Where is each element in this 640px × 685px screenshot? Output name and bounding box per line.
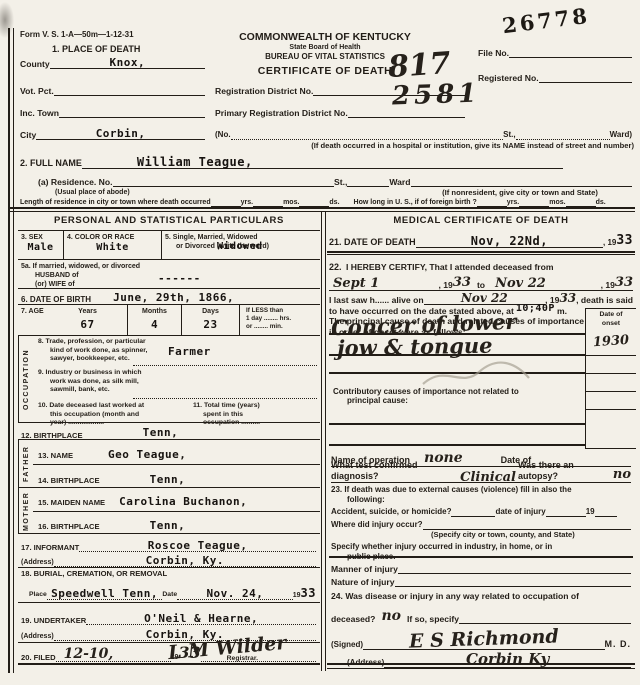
filed-label: 20. FILED (21, 653, 56, 663)
burial-place-underline: Speedwell Tenn, (47, 587, 163, 600)
industry-label-3: sawmill, bank, etc. (38, 386, 317, 395)
md-label: M. D. (605, 639, 632, 650)
cause-rule-2 (329, 354, 585, 356)
less-label-3: or ........ min. (246, 323, 283, 331)
birthplace-value: Tenn, (143, 426, 179, 439)
nature-row: Nature of injury (331, 575, 631, 587)
mother-group: MOTHER 15. MAIDEN NAME Carolina Buchanon… (18, 487, 320, 534)
length-label: Length of residence in city or town wher… (20, 198, 211, 207)
burial-year-value: 33 (301, 586, 316, 600)
manner-label: Manner of injury (331, 564, 398, 575)
registered-no-label: Registered No. (478, 73, 539, 84)
residence-state-underline (411, 186, 632, 187)
injury-year-blank (595, 516, 617, 517)
attended-comma-19b: , 19 (601, 280, 615, 291)
attended-from-blank: Sept 1 (329, 276, 439, 290)
registered-no-underline (539, 82, 632, 83)
vot-pct-label: Vot. Pct. (20, 86, 54, 97)
residence-st-label: St., (334, 177, 347, 188)
onset-rule-1 (586, 355, 636, 356)
sex-label: 3. SEX (18, 233, 43, 242)
header-rule-heavy (8, 207, 635, 209)
last-saw-line: I last saw h...... alive on Nov 22 , 19 … (329, 291, 633, 305)
street-underline (231, 139, 504, 140)
bottom-rule-1 (327, 663, 635, 665)
deceased-row: deceased? no If so, specify (331, 609, 631, 624)
certificate-number-stamp: 26778 (501, 3, 591, 39)
cause-rule-1 (329, 333, 585, 335)
attended-to-value: Nov 22 (495, 276, 546, 291)
vot-pct-underline (54, 95, 205, 96)
burial-date-underline: Nov. 24, (177, 587, 293, 600)
last-saw-label: I last saw h...... alive on (329, 295, 424, 306)
occupation-fields: 8. Trade, profession, or particular kind… (33, 336, 320, 423)
length-residence-row: Length of residence in city or town wher… (20, 197, 632, 207)
mother-bp-label: 16. BIRTHPLACE (38, 522, 100, 532)
primary-reg-underline (348, 117, 465, 118)
attended-from-value: Sept 1 (333, 276, 379, 291)
physician-address-row: (Address) Corbin Ky (331, 651, 631, 668)
age-years-cell: 7. AGE Years 67 (18, 305, 128, 336)
street-ward-row: (No. St., Ward) (215, 127, 632, 140)
full-name-value: William Teague, (137, 155, 253, 169)
nature-label: Nature of injury (331, 577, 395, 588)
city-value: Corbin, (96, 127, 146, 140)
usual-abode-note: (Usual place of abode) (55, 188, 130, 197)
external-label-1: 23. If death was due to external causes … (331, 485, 631, 495)
trade-value: Farmer (168, 345, 211, 358)
trade-field: 8. Trade, profession, or particular kind… (38, 338, 317, 367)
vot-pct-row: Vot. Pct. (20, 84, 205, 96)
burial-date-value: Nov. 24, (206, 587, 263, 600)
border-left-inner (13, 28, 14, 673)
date-injury-label: date of injury (495, 507, 545, 517)
st-label: St., (503, 130, 515, 140)
mother-name-row: 15. MAIDEN NAME Carolina Buchanon, (33, 488, 320, 511)
autopsy-value: no (613, 467, 631, 482)
sex-value: Male (27, 242, 53, 253)
ward-underline (516, 139, 610, 140)
medical-section: MEDICAL CERTIFICATE OF DEATH 21. DATE OF… (327, 211, 635, 672)
age-months-value: 4 (151, 318, 158, 331)
years-label: Years (78, 307, 97, 316)
city-underline: Corbin, (36, 127, 205, 140)
industry-field: 9. Industry or business in which work wa… (38, 367, 317, 400)
accident-blank (451, 516, 495, 517)
primary-reg-label: Primary Registration District No. (215, 108, 348, 119)
ward-label: Ward) (610, 130, 632, 140)
age-label: 7. AGE (21, 307, 44, 316)
where-line: Where did injury occur? (331, 517, 631, 530)
undertaker-label: 19. UNDERTAKER (21, 616, 86, 626)
contributory-rule-2 (329, 444, 585, 446)
burial-place-value: Speedwell Tenn, (51, 587, 158, 600)
informant-addr-value: Corbin, Ky. (146, 554, 224, 567)
certify-no: 22. (329, 262, 342, 272)
informant-value: Roscoe Teague, (148, 539, 248, 552)
no-label: (No. (215, 130, 231, 140)
contributory-label-2: principal cause: (347, 396, 408, 406)
age-years-value: 67 (80, 318, 94, 331)
onset-rule-3 (586, 391, 636, 392)
injury-19: 19 (586, 507, 595, 517)
informant-row: 17. INFORMANT Roscoe Teague, (Address) C… (18, 533, 320, 569)
related-label: 24. Was disease or injury in any way rel… (331, 591, 579, 602)
age-days-cell: Days 23 (182, 305, 240, 336)
informant-label: 17. INFORMANT (21, 543, 79, 553)
city-label: City (20, 130, 36, 141)
file-no-underline (509, 57, 632, 58)
burial-row: 18. BURIAL, CREMATION, OR REMOVAL Place … (18, 567, 320, 604)
age-days-value: 23 (203, 318, 217, 331)
less-label-2: 1 day ........ hrs. (246, 315, 291, 323)
medical-title: MEDICAL CERTIFICATE OF DEATH (327, 215, 635, 226)
mos-label-1: mos. (283, 198, 299, 207)
ds-label-1: ds. (329, 198, 339, 207)
industry-label-2: work was done, as silk mill, (38, 378, 317, 387)
where-label: Where did injury occur? (331, 520, 423, 530)
certify-text: I HEREBY CERTIFY, That I attended deceas… (346, 262, 554, 272)
trade-leader (133, 365, 317, 366)
informant-addr-underline: Corbin, Ky. (54, 554, 316, 567)
how-long-label: How long in U. S., if of foreign birth ? (354, 198, 477, 207)
race-cell: 4. COLOR OR RACE White (64, 231, 162, 260)
date-of-onset-box: Date of onset 1930 (585, 308, 636, 449)
residence-label: (a) Residence. No. (38, 177, 113, 188)
birthplace-row: 12. BIRTHPLACE Tenn, (18, 422, 320, 440)
personal-title: PERSONAL AND STATISTICAL PARTICULARS (18, 215, 320, 226)
attended-line: Sept 1 , 19 33 to Nov 22 , 19 33 (329, 275, 633, 291)
filed-underline: 12-10, (56, 646, 171, 662)
personal-section: PERSONAL AND STATISTICAL PARTICULARS 3. … (18, 211, 320, 665)
specify-label-1: Specify whether injury occurred in indus… (331, 542, 631, 552)
undertaker-line: 19. UNDERTAKER O'Neil & Hearne, (21, 605, 316, 625)
certify-line-1: 22. I HEREBY CERTIFY, That I attended de… (329, 257, 633, 275)
contributory-rule-1 (329, 423, 585, 425)
deceased-label: deceased? (331, 614, 375, 625)
marital-cell: 5. Single, Married, Widowed or Divorced … (162, 231, 320, 260)
age-less-cell: If LESS than 1 day ........ hrs. or ....… (240, 305, 320, 336)
test-label: What test confirmed diagnosis? (331, 460, 460, 482)
race-label: 4. COLOR OR RACE (64, 233, 134, 242)
mother-bp-value: Tenn, (150, 519, 186, 532)
total-time-label-2: spent in this (193, 411, 317, 420)
full-name-row: 2. FULL NAME William Teague, (20, 152, 563, 169)
occurred-time-value: 10;40P (516, 303, 555, 314)
days-label: Days (202, 307, 219, 316)
if-so-blank (459, 623, 631, 624)
to-label: to (477, 280, 485, 291)
if-so-label: If so, specify (407, 614, 459, 625)
mos-label-2: mos. (549, 198, 565, 207)
residence-no-underline (113, 186, 334, 187)
dob-row: 6. DATE OF BIRTH June, 29th, 1866, (18, 288, 320, 305)
onset-label-2: onset (586, 320, 636, 329)
column-divider-outer (321, 211, 323, 671)
onset-rule-4 (586, 409, 636, 410)
dod-label: 21. DATE OF DEATH (329, 237, 416, 248)
form-number: Form V. S. 1-A—50m—1-12-31 (20, 30, 134, 40)
yrs-label-2: yrs. (507, 198, 519, 207)
mother-name-label: 15. MAIDEN NAME (38, 498, 105, 508)
undertaker-value: O'Neil & Hearne, (144, 612, 258, 625)
hospital-note: (If death occurred in a hospital or inst… (210, 141, 634, 151)
external-label-2: following: (331, 495, 631, 505)
autopsy-label: Was there an autopsy? (518, 460, 611, 482)
dod-year-value: 33 (616, 233, 633, 248)
m-label: m. (557, 306, 567, 317)
sex-cell: 3. SEX Male (18, 231, 64, 260)
inc-town-underline (59, 117, 205, 118)
column-divider-inner (325, 211, 326, 671)
date-of-death-row: 21. DATE OF DEATH Nov, 22Nd, , 19 33 (329, 230, 633, 248)
burial-year-19: 19 (293, 591, 301, 600)
injury-section-rule (329, 556, 633, 558)
father-bp-label: 14. BIRTHPLACE (38, 476, 100, 486)
file-no-label: File No. (478, 48, 509, 59)
full-name-label: 2. FULL NAME (20, 158, 82, 169)
father-name-row: 13. NAME Geo Teague, (33, 440, 320, 464)
onset-value: 1930 (586, 332, 637, 350)
informant-address-line: (Address) Corbin, Ky. (21, 552, 316, 567)
county-row: County Knox, (20, 55, 205, 69)
father-bp-value: Tenn, (150, 473, 186, 486)
husband-value: ------ (158, 272, 201, 285)
industry-leader (133, 398, 317, 399)
accident-label: Accident, suicide, or homicide? (331, 507, 451, 517)
marital-value: Widowed (217, 241, 263, 252)
accident-line: Accident, suicide, or homicide? date of … (331, 505, 631, 517)
onset-rule-2 (586, 373, 636, 374)
file-no-row: File No. (478, 45, 632, 58)
age-months-cell: Months 4 (128, 305, 182, 336)
total-time-label-1: 11. Total time (years) (193, 402, 317, 411)
full-name-underline: William Teague, (82, 155, 563, 169)
burial-line: Place Speedwell Tenn, Date Nov. 24, 19 3… (21, 579, 316, 600)
mother-name-value: Carolina Buchanon, (119, 495, 247, 508)
dod-underline: Nov, 22Nd, (416, 234, 603, 248)
county-underline: Knox, (50, 56, 205, 69)
manner-row: Manner of injury (331, 562, 631, 574)
dob-value: June, 29th, 1866, (113, 291, 234, 304)
city-row: City Corbin, (20, 126, 205, 140)
undertaker-addr-label: (Address) (21, 632, 54, 641)
last-worked-label-2: this occupation (month and (38, 411, 193, 420)
burial-label: 18. BURIAL, CREMATION, OR REMOVAL (21, 569, 316, 579)
physician-signature: E S Richmond (409, 625, 559, 652)
attended-to-blank: Nov 22 (491, 276, 601, 290)
commonwealth-title: COMMONWEALTH OF KENTUCKY (222, 31, 428, 43)
place-of-death-heading: 1. PLACE OF DEATH (52, 44, 140, 55)
husband-label-1: 5a. If married, widowed, or divorced (21, 262, 320, 271)
last-saw-value: Nov 22 (461, 291, 508, 305)
burial-date-label: Date (162, 591, 177, 600)
residence-ward-underline (347, 186, 389, 187)
last-saw-year: 33 (559, 291, 576, 305)
father-vertical-label: FATHER (18, 440, 34, 488)
inc-town-label: Inc. Town (20, 108, 59, 119)
age-row: 7. AGE Years 67 Months 4 Days 23 If LESS… (18, 304, 320, 336)
father-group: FATHER 13. NAME Geo Teague, 14. BIRTHPLA… (18, 439, 320, 488)
physician-addr-value: Corbin Ky (466, 650, 549, 668)
inc-town-row: Inc. Town (20, 106, 205, 118)
father-name-label: 13. NAME (38, 451, 73, 461)
informant-addr-label: (Address) (21, 558, 54, 567)
external-causes-block: 23. If death was due to external causes … (331, 485, 631, 562)
undertaker-underline: O'Neil & Hearne, (86, 612, 316, 625)
cause-of-death-line-2: jow & tongue (337, 333, 493, 361)
attended-from-year: 33 (453, 275, 471, 290)
less-label-1: If LESS than (246, 307, 283, 315)
reg-district-label: Registration District No. (215, 86, 313, 97)
deceased-value: no (381, 608, 401, 624)
residence-row: (a) Residence. No. St., Ward (38, 174, 632, 187)
occupation-vertical-label: OCCUPATION (18, 336, 34, 423)
specify-city-note: (Specify city or town, county, and State… (331, 530, 631, 540)
signed-label: (Signed) (331, 640, 363, 650)
primary-reg-value: 2581 (392, 78, 481, 111)
months-label: Months (142, 307, 167, 316)
attended-to-year: 33 (615, 275, 633, 290)
ds-label-2: ds. (596, 198, 606, 207)
signature-underline: E S Richmond (363, 628, 605, 650)
burial-place-label: Place (21, 591, 47, 600)
last-worked-label-1: 10. Date deceased last worked at (38, 402, 193, 411)
father-birthplace-row: 14. BIRTHPLACE Tenn, (33, 464, 320, 489)
bottom-rule-2 (327, 668, 635, 669)
mother-birthplace-row: 16. BIRTHPLACE Tenn, (33, 511, 320, 535)
informant-underline: Roscoe Teague, (79, 539, 316, 552)
diagnosis-row: What test confirmed diagnosis? Clinical … (331, 467, 631, 483)
filed-row: 20. FILED 12-10, 19 33 Registrar. L M Wi… (18, 642, 320, 664)
border-left-outer (8, 28, 10, 673)
father-name-value: Geo Teague, (108, 448, 186, 461)
physician-addr-underline: Corbin Ky (384, 650, 631, 668)
industry-label-1: 9. Industry or business in which (38, 369, 317, 378)
registrar-underline (201, 661, 316, 662)
informant-line: 17. INFORMANT Roscoe Teague, (21, 535, 316, 552)
dod-rule-2 (327, 254, 635, 255)
dod-comma-19: , 19 (603, 238, 616, 248)
signed-row: (Signed) E S Richmond M. D. (331, 626, 631, 650)
county-value: Knox, (109, 56, 145, 69)
registered-no-row: Registered No. (478, 70, 632, 83)
occupation-block: OCCUPATION 8. Trade, profession, or part… (18, 335, 320, 423)
death-certificate-scan: 26778 Form V. S. 1-A—50m—1-12-31 1. PLAC… (0, 0, 640, 685)
dod-value: Nov, 22Nd, (471, 234, 548, 248)
sex-race-marital-row: 3. SEX Male 4. COLOR OR RACE White 5. Si… (18, 230, 320, 260)
attended-comma-19a: , 19 (439, 280, 453, 291)
dod-rule-1 (327, 251, 635, 253)
yrs-label-1: yrs. (241, 198, 253, 207)
date-injury-blank (546, 516, 586, 517)
race-value: White (96, 242, 129, 253)
onset-label-1: Date of (586, 311, 636, 320)
manner-blank (398, 573, 631, 574)
test-value: Clinical (460, 470, 516, 485)
county-label: County (20, 59, 50, 70)
nature-blank (395, 586, 631, 587)
filed-value: 12-10, (64, 646, 114, 662)
residence-ward-label: Ward (389, 177, 410, 188)
husband-wife-row: 5a. If married, widowed, or divorced HUS… (18, 259, 320, 291)
mother-vertical-label: MOTHER (18, 488, 34, 534)
death-said-label: , death is said (576, 295, 633, 306)
